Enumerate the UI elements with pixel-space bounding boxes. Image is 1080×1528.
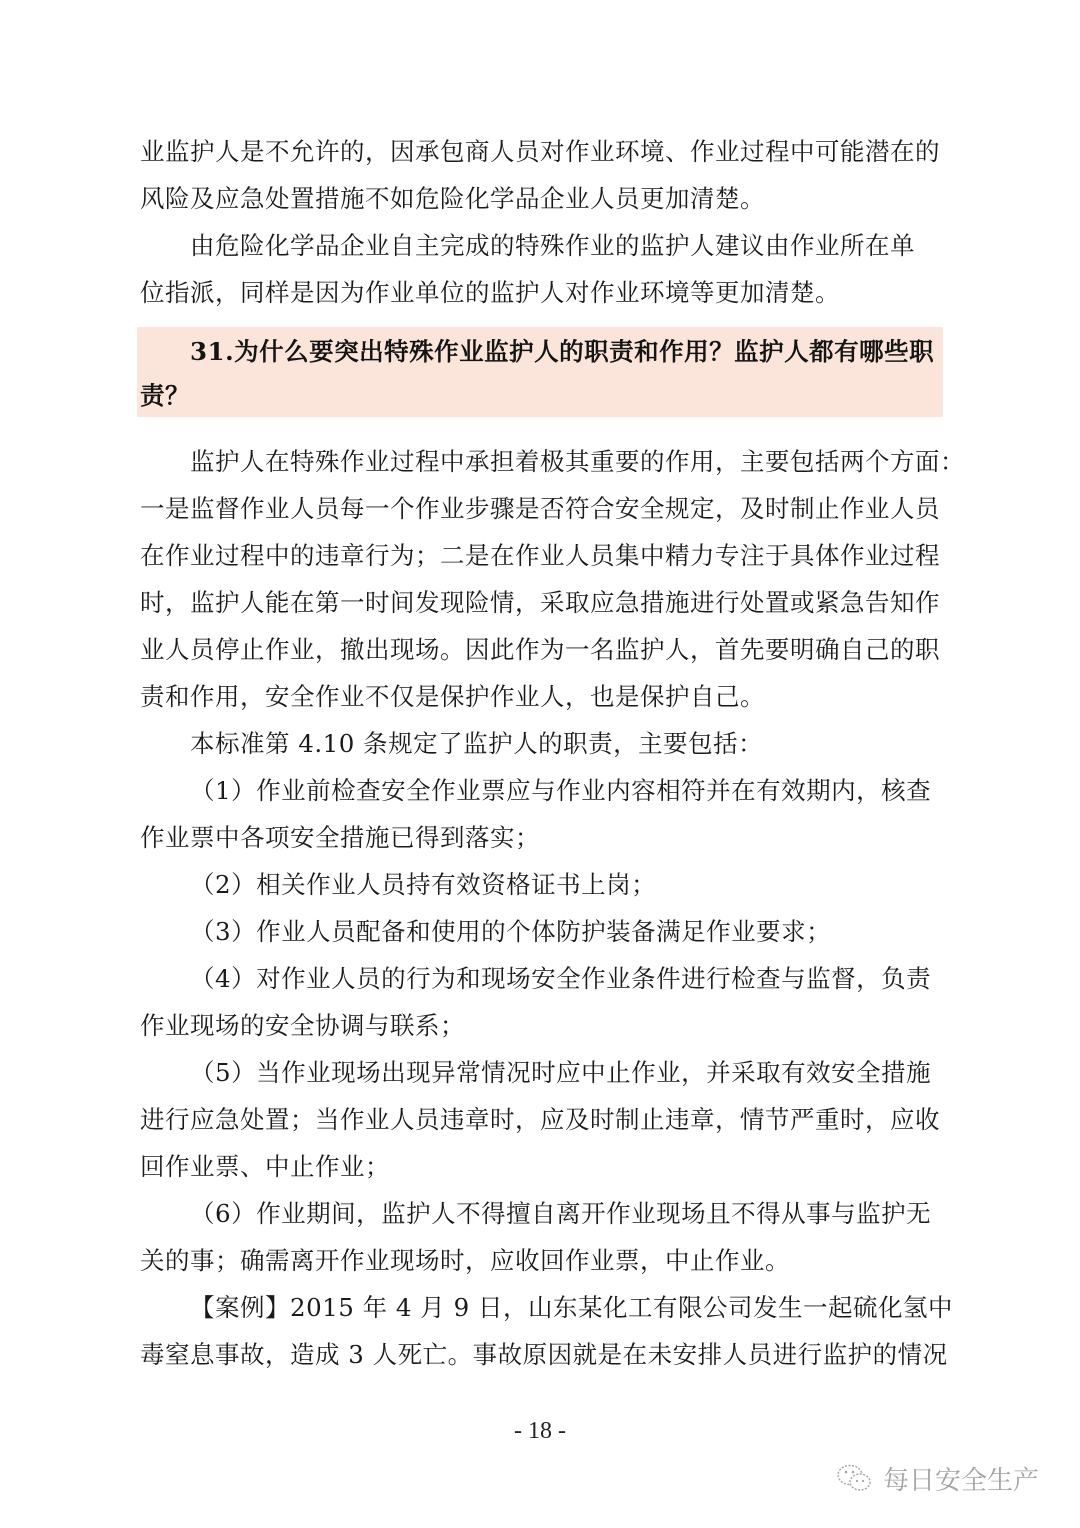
case-line: 【案例】2015 年 4 月 9 日，山东某化工有限公司发生一起硫化氢中 [140,1284,965,1331]
watermark: 每日安全生产 [835,1460,1039,1497]
body-paragraphs: 监护人在特殊作业过程中承担着极其重要的作用，主要包括两个方面： 一是监督作业人员… [140,438,965,1378]
heading-line: 责？ [140,374,940,418]
text-line: 进行应急处置；当作业人员违章时，应及时制止违章，情节严重时，应收 [140,1096,965,1143]
heading-line: 31.为什么要突出特殊作业监护人的职责和作用？监护人都有哪些职 [140,330,940,374]
text-line: 业人员停止作业，撤出现场。因此作为一名监护人，首先要明确自己的职 [140,626,965,673]
text-line: 监护人在特殊作业过程中承担着极其重要的作用，主要包括两个方面： [140,438,965,485]
text-line: 风险及应急处置措施不如危险化学品企业人员更加清楚。 [140,175,940,222]
text-line: 作业现场的安全协调与联系； [140,1002,965,1049]
text-line: 本标准第 4.10 条规定了监护人的职责，主要包括： [140,720,965,767]
text-line: 责和作用，安全作业不仅是保护作业人，也是保护自己。 [140,673,965,720]
text-line: 作业票中各项安全措施已得到落实； [140,814,965,861]
text-line: 业监护人是不允许的，因承包商人员对作业环境、作业过程中可能潜在的 [140,128,940,175]
text-line: 时，监护人能在第一时间发现险情，采取应急措施进行处置或紧急告知作 [140,579,965,626]
intro-paragraphs: 业监护人是不允许的，因承包商人员对作业环境、作业过程中可能潜在的 风险及应急处置… [140,128,940,316]
text-line: 回作业票、中止作业； [140,1143,965,1190]
wechat-icon [835,1463,875,1495]
text-line: 在作业过程中的违章行为；二是在作业人员集中精力专注于具体作业过程 [140,532,965,579]
list-item: （2）相关作业人员持有效资格证书上岗； [140,861,965,908]
list-item: （3）作业人员配备和使用的个体防护装备满足作业要求； [140,908,965,955]
text-line: 关的事；确需离开作业现场时，应收回作业票，中止作业。 [140,1237,965,1284]
page-number: - 18 - [0,1418,1080,1445]
case-line: 毒窒息事故，造成 3 人死亡。事故原因就是在未安排人员进行监护的情况 [140,1331,965,1378]
list-item: （4）对作业人员的行为和现场安全作业条件进行检查与监督，负责 [140,955,965,1002]
text-line: 由危险化学品企业自主完成的特殊作业的监护人建议由作业所在单 [140,222,940,269]
list-item: （5）当作业现场出现异常情况时应中止作业，并采取有效安全措施 [140,1049,965,1096]
text-line: 位指派，同样是因为作业单位的监护人对作业环境等更加清楚。 [140,269,940,316]
watermark-text: 每日安全生产 [883,1460,1039,1497]
text-line: 一是监督作业人员每一个作业步骤是否符合安全规定，及时制止作业人员 [140,485,965,532]
question-heading: 31.为什么要突出特殊作业监护人的职责和作用？监护人都有哪些职 责？ [140,330,940,418]
list-item: （1）作业前检查安全作业票应与作业内容相符并在有效期内，核查 [140,767,965,814]
list-item: （6）作业期间，监护人不得擅自离开作业现场且不得从事与监护无 [140,1190,965,1237]
